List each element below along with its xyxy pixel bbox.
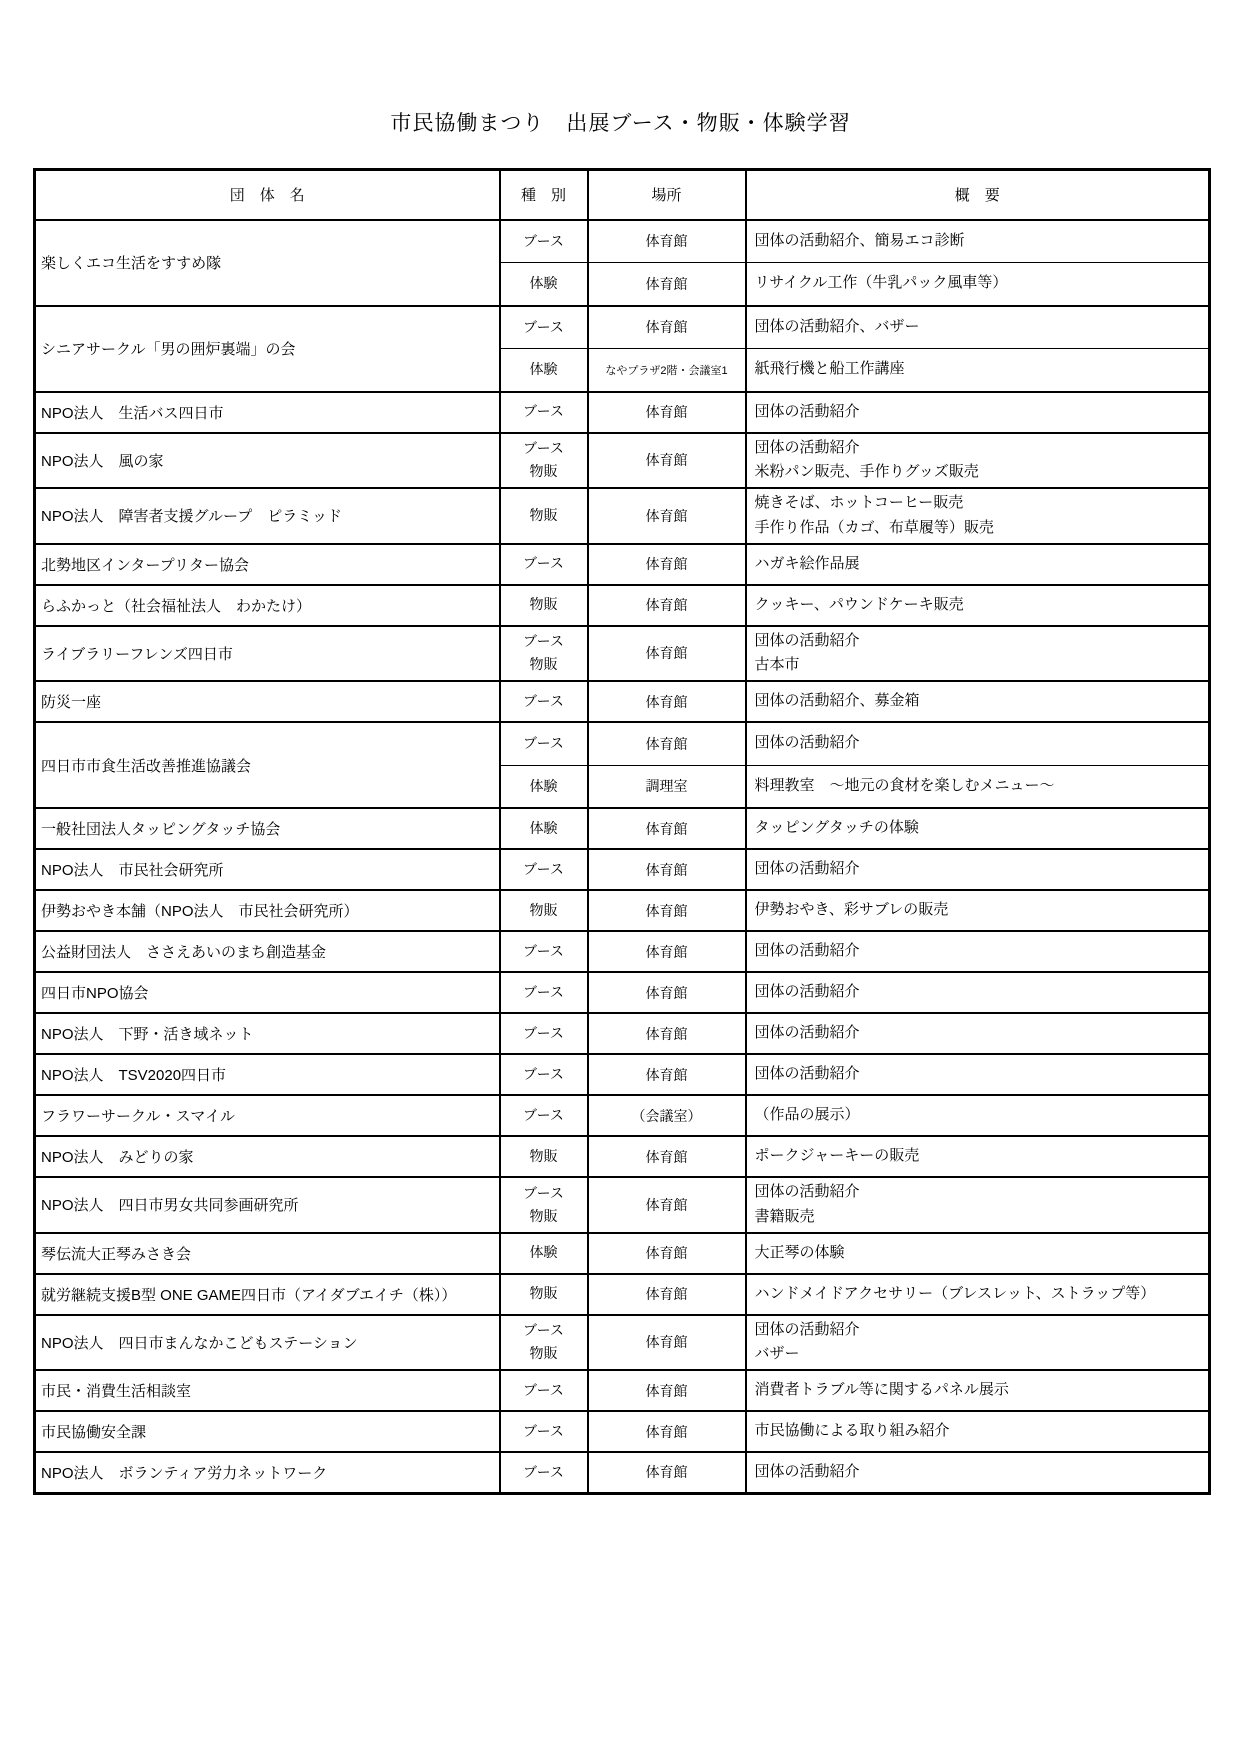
place-cell: 体育館 [588,681,746,722]
place-cell: 体育館 [588,544,746,585]
place-cell: 体育館 [588,1411,746,1452]
booth-type-line: ブース [502,316,586,339]
summary-line: 団体の活動紹介、バザー [755,315,1205,340]
booth-type-line: ブース [502,1461,586,1484]
place-cell: 体育館 [588,931,746,972]
org-name-cell: NPO法人 ボランティア労力ネットワーク [35,1452,500,1493]
summary-line: 焼きそば、ホットコーヒー販売 [755,491,1205,516]
summary-cell: ハガキ絵作品展 [746,544,1210,585]
summary-cell: 団体の活動紹介、バザー [746,306,1210,349]
org-name-cell: 楽しくエコ生活をすすめ隊 [35,220,500,306]
booth-type-line: 物販 [502,593,586,616]
summary-cell: 団体の活動紹介 [746,722,1210,765]
place-cell: 体育館 [588,1177,746,1233]
table-row: 市民協働安全課ブース体育館市民協働による取り組み紹介 [35,1411,1210,1452]
table-row: NPO法人 市民社会研究所ブース体育館団体の活動紹介 [35,849,1210,890]
place-cell: 体育館 [588,722,746,765]
booth-type-line: 物販 [502,460,586,483]
summary-line: 団体の活動紹介 [755,1062,1205,1087]
summary-cell: クッキー、パウンドケーキ販売 [746,585,1210,626]
place-cell: 体育館 [588,433,746,489]
summary-line: 団体の活動紹介 [755,1180,1205,1205]
booth-type-cell: ブース [500,1054,588,1095]
summary-cell: 団体の活動紹介米粉パン販売、手作りグッズ販売 [746,433,1210,489]
place-cell: 体育館 [588,392,746,433]
header-type: 種 別 [500,170,588,220]
summary-line: タッピングタッチの体験 [755,816,1205,841]
summary-line: 団体の活動紹介 [755,731,1205,756]
booth-type-line: 物販 [502,1145,586,1168]
place-cell: 体育館 [588,1054,746,1095]
table-header-row: 団 体 名 種 別 場所 概 要 [35,170,1210,220]
summary-cell: 焼きそば、ホットコーヒー販売手作り作品（カゴ、布草履等）販売 [746,488,1210,544]
booth-type-cell: 体験 [500,349,588,392]
booth-type-cell: 体験 [500,765,588,808]
header-summary: 概 要 [746,170,1210,220]
org-name-cell: NPO法人 障害者支援グループ ピラミッド [35,488,500,544]
table-row: NPO法人 障害者支援グループ ピラミッド物販体育館焼きそば、ホットコーヒー販売… [35,488,1210,544]
summary-cell: 団体の活動紹介、簡易エコ診断 [746,220,1210,263]
org-name-cell: 公益財団法人 ささえあいのまち創造基金 [35,931,500,972]
booth-type-line: 物販 [502,1282,586,1305]
org-name-cell: 一般社団法人タッピングタッチ協会 [35,808,500,849]
booth-type-line: 物販 [502,1342,586,1365]
table-row: NPO法人 みどりの家物販体育館ポークジャーキーの販売 [35,1136,1210,1177]
table-row: 防災一座ブース体育館団体の活動紹介、募金箱 [35,681,1210,722]
summary-line: 料理教室 ～地元の食材を楽しむメニュー～ [755,774,1205,799]
booth-type-line: ブース [502,1319,586,1342]
booth-type-line: 物販 [502,1205,586,1228]
booth-type-cell: 物販 [500,488,588,544]
org-name-cell: シニアサークル「男の囲炉裏端」の会 [35,306,500,392]
table-row: ライブラリーフレンズ四日市ブース物販体育館団体の活動紹介古本市 [35,626,1210,682]
booth-type-line: ブース [502,1063,586,1086]
table-row: NPO法人 下野・活き域ネットブース体育館団体の活動紹介 [35,1013,1210,1054]
summary-line: 団体の活動紹介 [755,857,1205,882]
summary-line: 団体の活動紹介 [755,436,1205,461]
summary-line: 団体の活動紹介 [755,1021,1205,1046]
org-name-cell: NPO法人 下野・活き域ネット [35,1013,500,1054]
org-name-cell: フラワーサークル・スマイル [35,1095,500,1136]
booth-type-line: ブース [502,630,586,653]
summary-line: バザー [755,1342,1205,1367]
booth-type-cell: ブース [500,722,588,765]
table-row: 琴伝流大正琴みさき会体験体育館大正琴の体験 [35,1233,1210,1274]
booth-type-line: 体験 [502,1241,586,1264]
booth-type-cell: 物販 [500,890,588,931]
summary-cell: 団体の活動紹介 [746,1013,1210,1054]
org-name-cell: NPO法人 TSV2020四日市 [35,1054,500,1095]
table-row: 就労継続支援B型 ONE GAME四日市（アイダブエイチ（株））物販体育館ハンド… [35,1274,1210,1315]
place-cell: 体育館 [588,1013,746,1054]
table-row: 伊勢おやき本舗（NPO法人 市民社会研究所）物販体育館伊勢おやき、彩サブレの販売 [35,890,1210,931]
booth-type-cell: ブース [500,1452,588,1493]
org-name-cell: NPO法人 みどりの家 [35,1136,500,1177]
org-name-cell: NPO法人 生活バス四日市 [35,392,500,433]
booth-type-cell: ブース [500,681,588,722]
summary-line: 団体の活動紹介、募金箱 [755,689,1205,714]
booth-type-line: ブース [502,1182,586,1205]
place-cell: 体育館 [588,1370,746,1411]
summary-line: 団体の活動紹介 [755,980,1205,1005]
org-name-cell: 防災一座 [35,681,500,722]
booth-type-line: 体験 [502,272,586,295]
summary-line: 市民協働による取り組み紹介 [755,1419,1205,1444]
place-cell: なやプラザ2階・会議室1 [588,349,746,392]
org-name-cell: 琴伝流大正琴みさき会 [35,1233,500,1274]
summary-line: 古本市 [755,653,1205,678]
table-row: 四日市NPO協会ブース体育館団体の活動紹介 [35,972,1210,1013]
summary-cell: 団体の活動紹介 [746,972,1210,1013]
summary-line: ポークジャーキーの販売 [755,1144,1205,1169]
place-cell: 体育館 [588,1233,746,1274]
booth-type-cell: 物販 [500,585,588,626]
summary-line: 団体の活動紹介 [755,1318,1205,1343]
booth-type-line: ブース [502,230,586,253]
booth-type-cell: ブース [500,544,588,585]
place-cell: 体育館 [588,263,746,306]
place-cell: 体育館 [588,626,746,682]
table-row: NPO法人 TSV2020四日市ブース体育館団体の活動紹介 [35,1054,1210,1095]
booth-type-cell: 体験 [500,263,588,306]
org-name-cell: 伊勢おやき本舗（NPO法人 市民社会研究所） [35,890,500,931]
booth-type-cell: ブース物販 [500,1177,588,1233]
booth-type-cell: 体験 [500,808,588,849]
table-row: NPO法人 四日市まんなかこどもステーションブース物販体育館団体の活動紹介バザー [35,1315,1210,1371]
booth-type-line: 物販 [502,899,586,922]
summary-cell: 団体の活動紹介古本市 [746,626,1210,682]
booth-type-line: ブース [502,981,586,1004]
table-row: 北勢地区インタープリター協会ブース体育館ハガキ絵作品展 [35,544,1210,585]
summary-line: 書籍販売 [755,1205,1205,1230]
summary-cell: 伊勢おやき、彩サブレの販売 [746,890,1210,931]
table-row: らふかっと（社会福祉法人 わかたけ）物販体育館クッキー、パウンドケーキ販売 [35,585,1210,626]
table-row: NPO法人 ボランティア労力ネットワークブース体育館団体の活動紹介 [35,1452,1210,1493]
summary-line: 団体の活動紹介 [755,629,1205,654]
booth-type-cell: ブース [500,220,588,263]
booth-type-cell: ブース [500,1095,588,1136]
booth-type-line: 物販 [502,653,586,676]
summary-cell: 消費者トラブル等に関するパネル展示 [746,1370,1210,1411]
booth-type-line: 物販 [502,504,586,527]
summary-line: リサイクル工作（牛乳パック風車等） [755,271,1205,296]
booth-type-line: 体験 [502,358,586,381]
table-row: 公益財団法人 ささえあいのまち創造基金ブース体育館団体の活動紹介 [35,931,1210,972]
booth-type-cell: ブース [500,1370,588,1411]
summary-line: 手作り作品（カゴ、布草履等）販売 [755,516,1205,541]
place-cell: 体育館 [588,306,746,349]
summary-cell: 団体の活動紹介 [746,1054,1210,1095]
summary-cell: 紙飛行機と船工作講座 [746,349,1210,392]
summary-cell: 市民協働による取り組み紹介 [746,1411,1210,1452]
summary-cell: ハンドメイドアクセサリー（ブレスレット、ストラップ等） [746,1274,1210,1315]
org-name-cell: 四日市NPO協会 [35,972,500,1013]
place-cell: 体育館 [588,890,746,931]
place-cell: 体育館 [588,808,746,849]
booth-type-line: ブース [502,858,586,881]
header-place: 場所 [588,170,746,220]
booth-type-line: ブース [502,1104,586,1127]
summary-line: 団体の活動紹介 [755,939,1205,964]
booth-type-line: ブース [502,1379,586,1402]
table-row: NPO法人 四日市男女共同参画研究所ブース物販体育館団体の活動紹介書籍販売 [35,1177,1210,1233]
summary-cell: 団体の活動紹介バザー [746,1315,1210,1371]
booth-type-cell: 体験 [500,1233,588,1274]
table-row: シニアサークル「男の囲炉裏端」の会ブース体育館団体の活動紹介、バザー [35,306,1210,349]
summary-cell: リサイクル工作（牛乳パック風車等） [746,263,1210,306]
org-name-cell: NPO法人 風の家 [35,433,500,489]
summary-cell: 団体の活動紹介 [746,392,1210,433]
place-cell: 体育館 [588,972,746,1013]
table-row: 四日市市食生活改善推進協議会ブース体育館団体の活動紹介 [35,722,1210,765]
summary-cell: （作品の展示） [746,1095,1210,1136]
table-row: 楽しくエコ生活をすすめ隊ブース体育館団体の活動紹介、簡易エコ診断 [35,220,1210,263]
summary-cell: 団体の活動紹介書籍販売 [746,1177,1210,1233]
org-name-cell: NPO法人 四日市男女共同参画研究所 [35,1177,500,1233]
booth-type-line: ブース [502,940,586,963]
org-name-cell: 市民協働安全課 [35,1411,500,1452]
summary-line: 伊勢おやき、彩サブレの販売 [755,898,1205,923]
org-name-cell: 就労継続支援B型 ONE GAME四日市（アイダブエイチ（株）） [35,1274,500,1315]
summary-line: （作品の展示） [755,1103,1205,1128]
booth-type-line: ブース [502,437,586,460]
booth-type-cell: ブース [500,931,588,972]
booth-type-cell: ブース [500,1411,588,1452]
booth-type-line: ブース [502,1420,586,1443]
booth-type-line: ブース [502,1022,586,1045]
summary-line: ハガキ絵作品展 [755,552,1205,577]
summary-cell: 団体の活動紹介 [746,849,1210,890]
booth-type-cell: ブース [500,849,588,890]
summary-line: 団体の活動紹介 [755,1460,1205,1485]
org-name-cell: 四日市市食生活改善推進協議会 [35,722,500,808]
org-name-cell: 市民・消費生活相談室 [35,1370,500,1411]
table-row: NPO法人 風の家ブース物販体育館団体の活動紹介米粉パン販売、手作りグッズ販売 [35,433,1210,489]
org-name-cell: 北勢地区インタープリター協会 [35,544,500,585]
summary-cell: 団体の活動紹介 [746,1452,1210,1493]
booth-type-line: 体験 [502,775,586,798]
summary-line: 団体の活動紹介、簡易エコ診断 [755,229,1205,254]
summary-line: ハンドメイドアクセサリー（ブレスレット、ストラップ等） [755,1282,1205,1307]
summary-cell: ポークジャーキーの販売 [746,1136,1210,1177]
summary-cell: 料理教室 ～地元の食材を楽しむメニュー～ [746,765,1210,808]
place-cell: 調理室 [588,765,746,808]
place-cell: 体育館 [588,1315,746,1371]
place-cell: （会議室） [588,1095,746,1136]
booth-type-cell: ブース物販 [500,433,588,489]
summary-line: 大正琴の体験 [755,1241,1205,1266]
booth-type-line: ブース [502,690,586,713]
summary-cell: 大正琴の体験 [746,1233,1210,1274]
place-cell: 体育館 [588,488,746,544]
org-name-cell: ライブラリーフレンズ四日市 [35,626,500,682]
summary-line: 消費者トラブル等に関するパネル展示 [755,1378,1205,1403]
table-row: 市民・消費生活相談室ブース体育館消費者トラブル等に関するパネル展示 [35,1370,1210,1411]
place-cell: 体育館 [588,220,746,263]
booth-type-cell: ブース [500,392,588,433]
booth-type-line: ブース [502,732,586,755]
summary-cell: 団体の活動紹介 [746,931,1210,972]
org-name-cell: NPO法人 四日市まんなかこどもステーション [35,1315,500,1371]
booth-table-body: 楽しくエコ生活をすすめ隊ブース体育館団体の活動紹介、簡易エコ診断体験体育館リサイ… [35,220,1210,1494]
summary-line: 紙飛行機と船工作講座 [755,357,1205,382]
place-cell: 体育館 [588,1274,746,1315]
header-org-name: 団 体 名 [35,170,500,220]
document-page: 市民協働まつり 出展ブース・物販・体験学習 団 体 名 種 別 場所 概 要 楽… [0,0,1241,1755]
booth-type-cell: 物販 [500,1274,588,1315]
booth-type-cell: ブース [500,1013,588,1054]
table-row: NPO法人 生活バス四日市ブース体育館団体の活動紹介 [35,392,1210,433]
booth-type-cell: ブース物販 [500,626,588,682]
booth-type-cell: ブース [500,306,588,349]
booth-type-line: ブース [502,400,586,423]
place-cell: 体育館 [588,585,746,626]
place-cell: 体育館 [588,1452,746,1493]
summary-line: 団体の活動紹介 [755,400,1205,425]
org-name-cell: らふかっと（社会福祉法人 わかたけ） [35,585,500,626]
page-title: 市民協働まつり 出展ブース・物販・体験学習 [0,107,1241,137]
place-cell: 体育館 [588,849,746,890]
summary-cell: タッピングタッチの体験 [746,808,1210,849]
booth-type-line: 体験 [502,817,586,840]
place-cell: 体育館 [588,1136,746,1177]
booth-type-line: ブース [502,552,586,575]
table-row: フラワーサークル・スマイルブース（会議室）（作品の展示） [35,1095,1210,1136]
summary-line: クッキー、パウンドケーキ販売 [755,593,1205,618]
org-name-cell: NPO法人 市民社会研究所 [35,849,500,890]
table-row: 一般社団法人タッピングタッチ協会体験体育館タッピングタッチの体験 [35,808,1210,849]
booth-type-cell: ブース物販 [500,1315,588,1371]
booth-type-cell: 物販 [500,1136,588,1177]
summary-cell: 団体の活動紹介、募金箱 [746,681,1210,722]
booth-table: 団 体 名 種 別 場所 概 要 楽しくエコ生活をすすめ隊ブース体育館団体の活動… [33,168,1211,1495]
summary-line: 米粉パン販売、手作りグッズ販売 [755,460,1205,485]
booth-type-cell: ブース [500,972,588,1013]
